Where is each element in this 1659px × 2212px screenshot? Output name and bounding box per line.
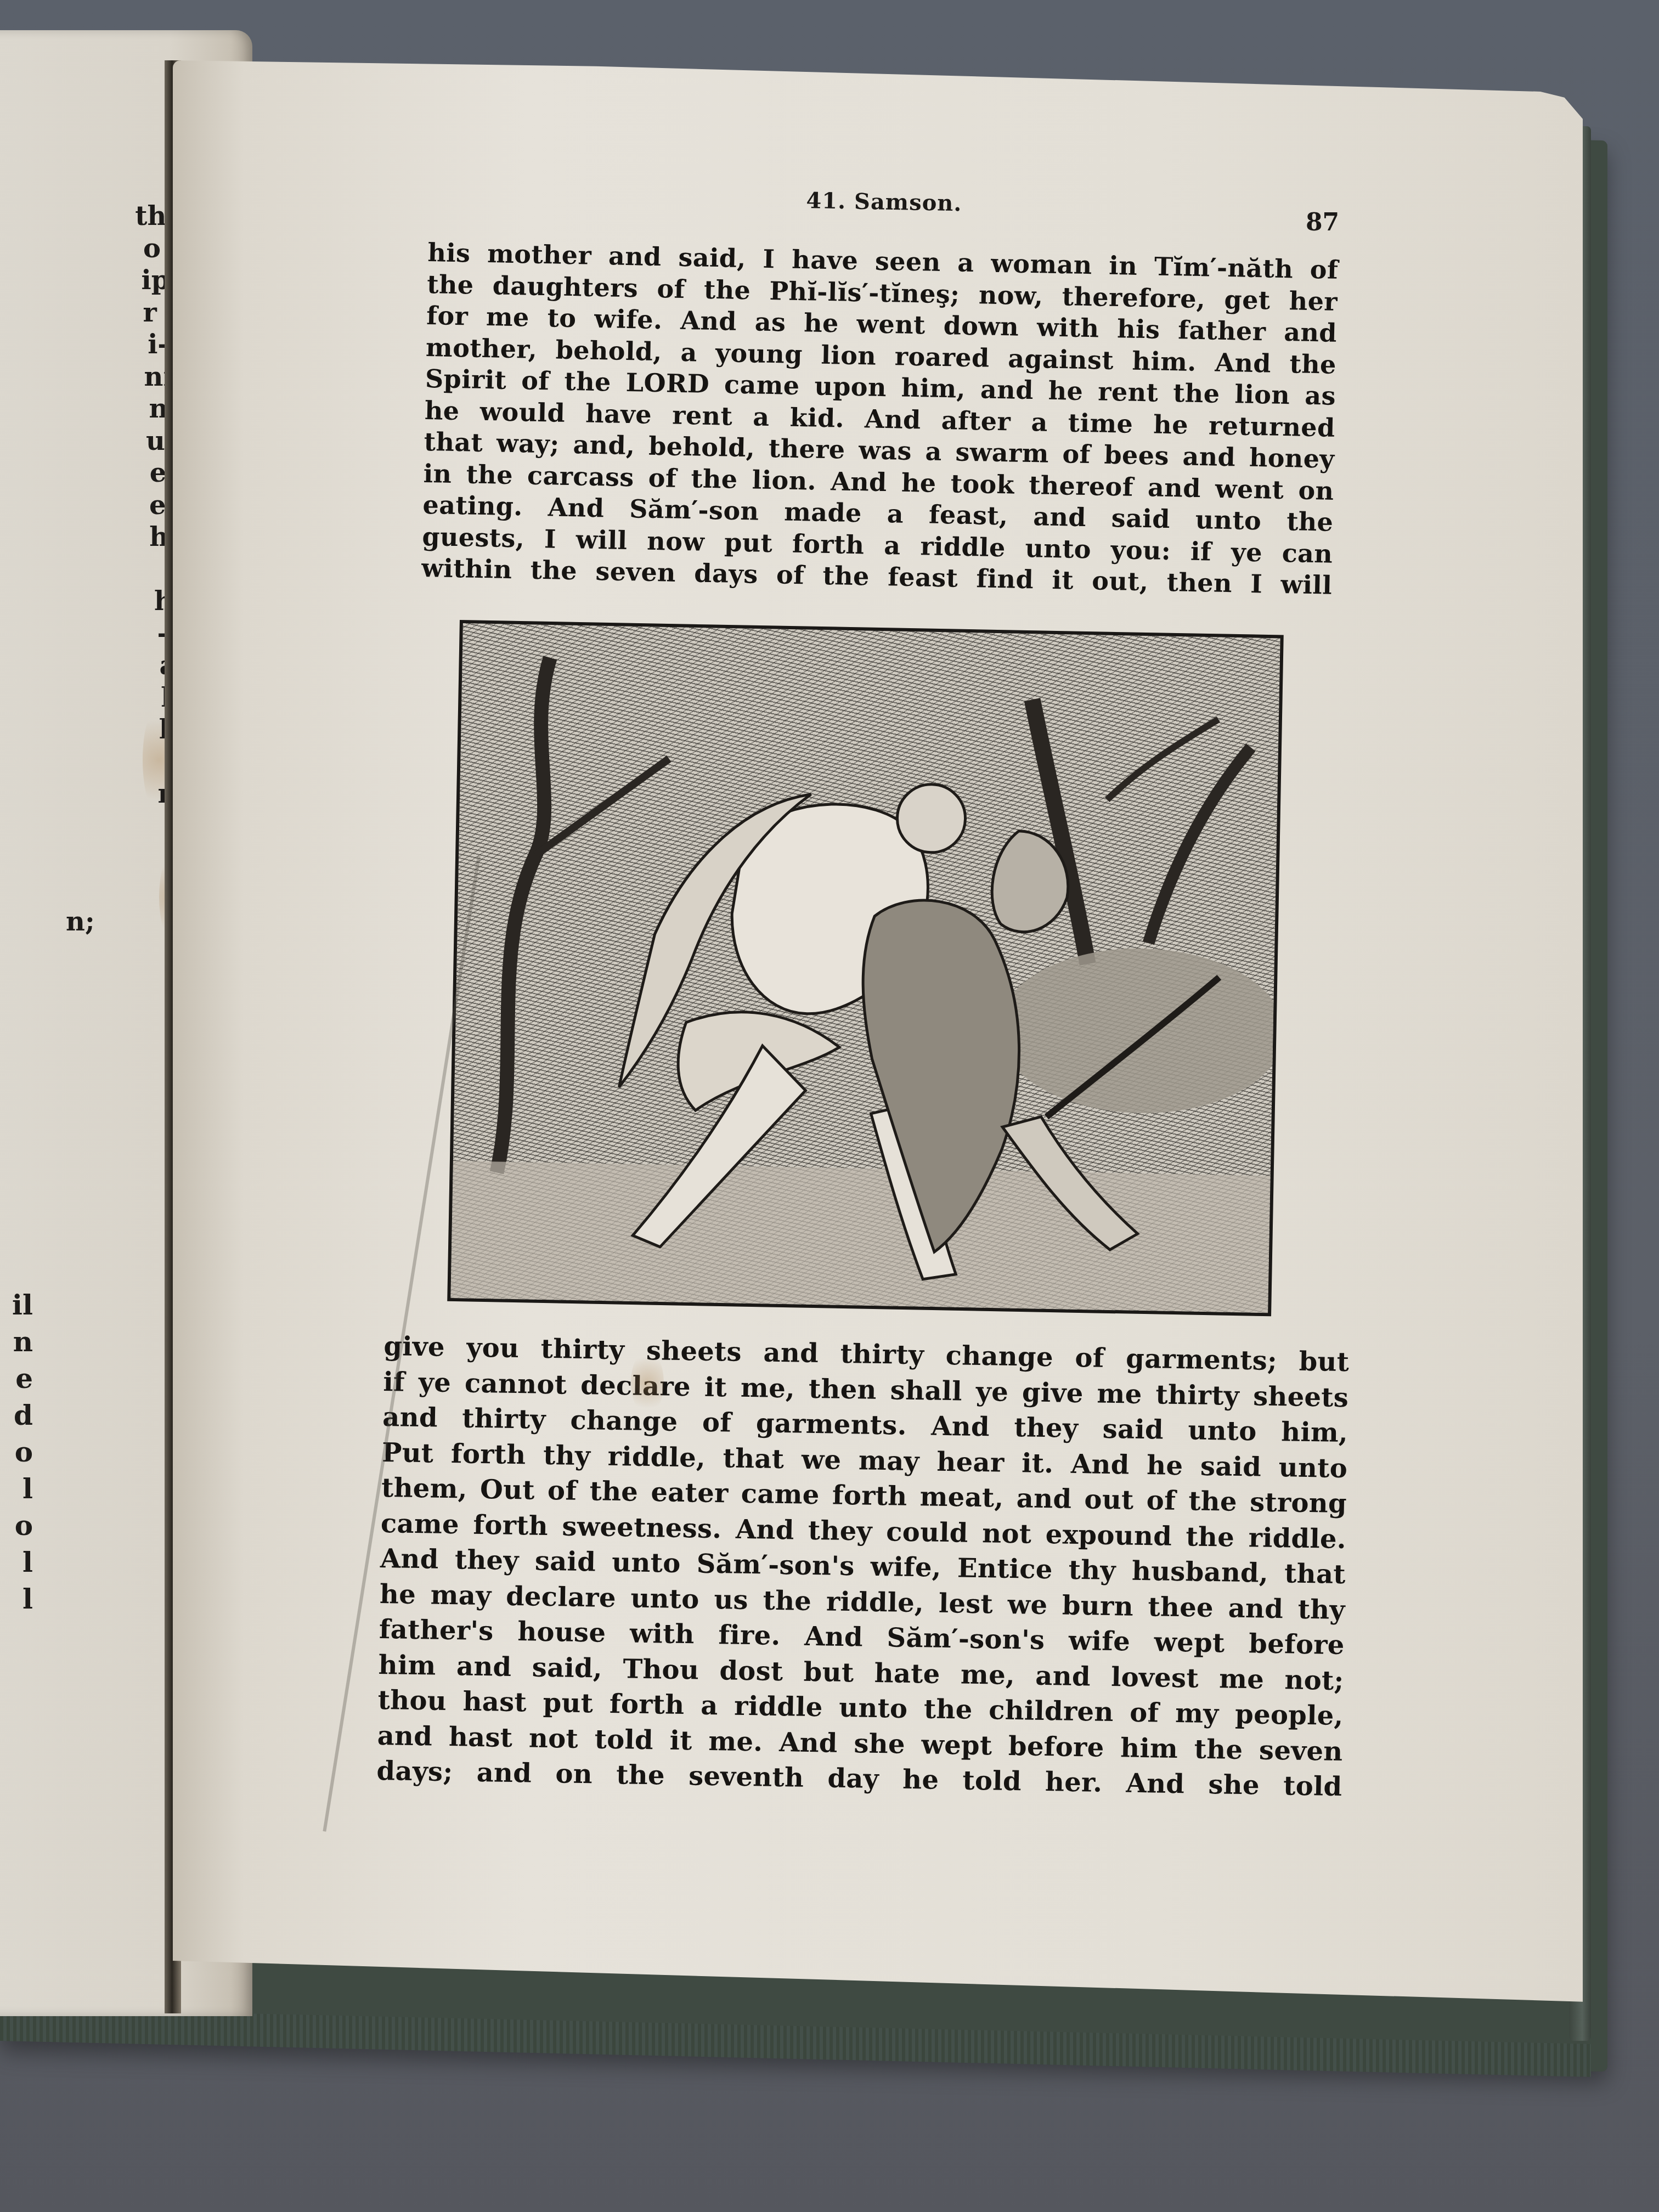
text-line: il bbox=[0, 1286, 33, 1323]
text-line: l bbox=[0, 1544, 33, 1581]
text-line: l bbox=[0, 1470, 33, 1507]
text-line: n bbox=[0, 1323, 33, 1360]
photo-scene: thing o his iped, r the i-an. nies, npty… bbox=[0, 0, 1659, 2212]
text-line: l bbox=[0, 1581, 33, 1617]
engraving-illustration-art bbox=[450, 623, 1280, 1313]
left-page-lower-fragments: il n e d o l o l l bbox=[0, 1286, 33, 1617]
text-line: o bbox=[0, 1507, 33, 1544]
paper-stain bbox=[631, 1350, 664, 1415]
running-head: 41. Samson. bbox=[806, 188, 962, 216]
page-number: 87 bbox=[1306, 208, 1339, 236]
text-line: o bbox=[0, 1434, 33, 1470]
text-block-top: his mother and said, I have seen a woman… bbox=[421, 237, 1339, 601]
text-block-bottom: give you thirty sheets and thirty change… bbox=[376, 1329, 1350, 1805]
text-line: e bbox=[0, 1360, 33, 1397]
engraving-samson-and-lion bbox=[447, 620, 1284, 1316]
text-line: d bbox=[0, 1397, 33, 1434]
